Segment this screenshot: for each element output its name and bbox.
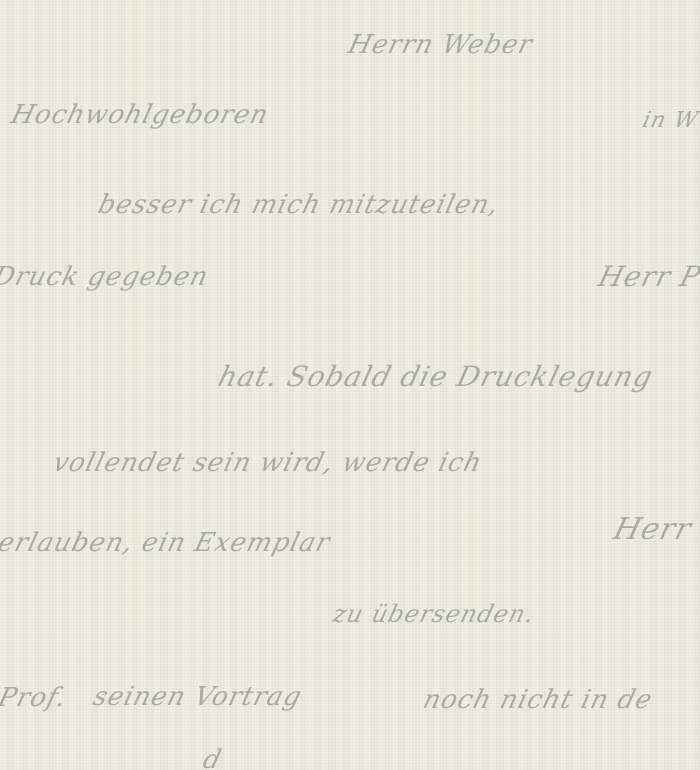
handwriting-line: noch nicht in de xyxy=(420,685,656,715)
handwriting-line: Herr P xyxy=(595,260,700,293)
handwriting-line: Druck gegeben xyxy=(0,262,212,292)
handwriting-line: erlauben, ein Exemplar xyxy=(0,528,333,558)
handwriting-line: hat. Sobald die Drucklegung xyxy=(215,360,657,393)
handwriting-line: in W xyxy=(640,108,700,133)
handwriting-line: seinen Vortrag xyxy=(90,682,305,712)
handwriting-line: Herrn Weber xyxy=(345,30,536,60)
handwriting-line: d xyxy=(200,745,225,770)
handwriting-line: zu übersenden. xyxy=(330,600,538,628)
handwriting-line: Herr xyxy=(610,512,695,547)
handwriting-line: Hochwohlgeboren xyxy=(8,100,272,130)
handwriting-line: vollendet sein wird, werde ich xyxy=(50,448,486,478)
handwriting-line: Prof. xyxy=(0,683,70,713)
handwriting-line: besser ich mich mitzuteilen, xyxy=(95,190,502,220)
linen-paper-background: Herrn Weber Hochwohlgeboren in W besser … xyxy=(0,0,700,770)
